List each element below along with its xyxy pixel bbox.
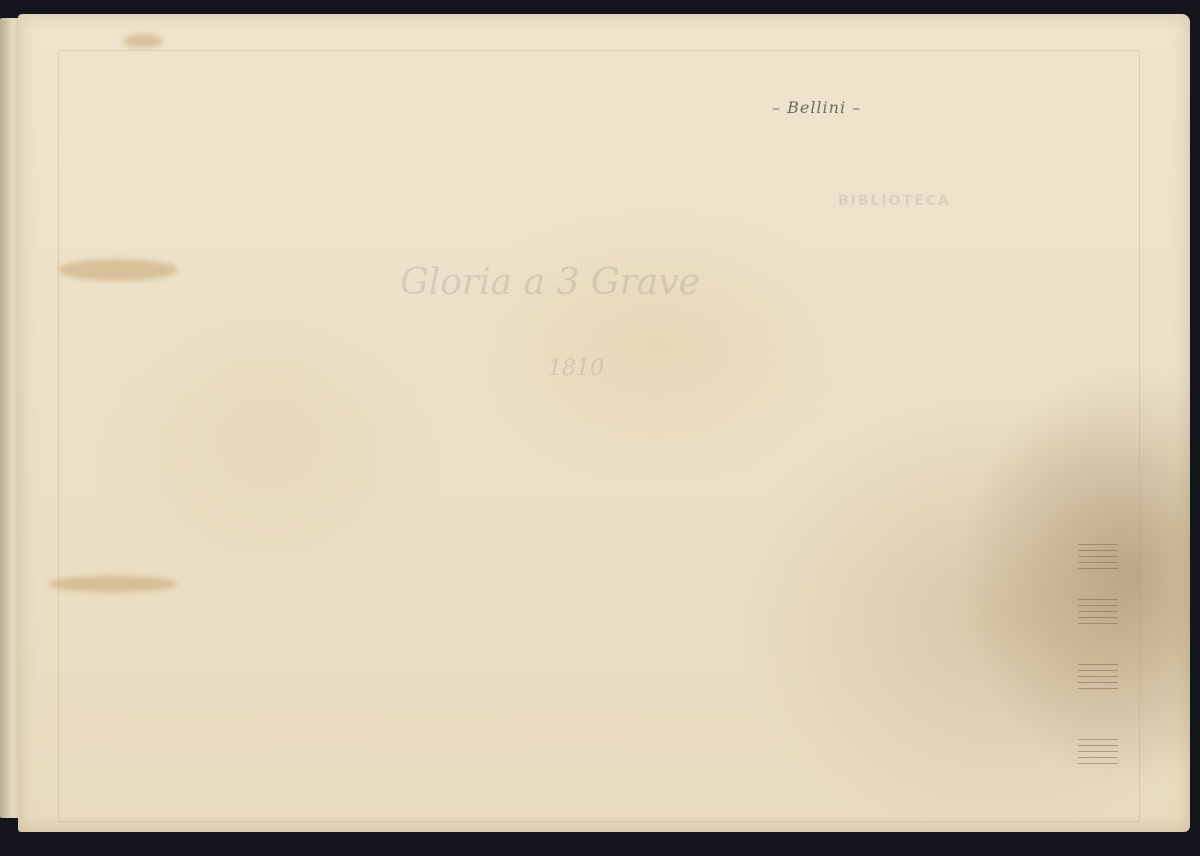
staff-lines-bleed	[1078, 544, 1118, 574]
faint-stamp: BIBLIOTECA	[838, 190, 1008, 260]
bleed-through-title: Gloria a 3 Grave	[400, 262, 700, 303]
staff-lines-bleed	[1078, 599, 1118, 629]
stain-mark	[123, 34, 163, 48]
stain-mark	[58, 259, 178, 281]
manuscript-page	[18, 14, 1190, 832]
staff-lines-bleed	[1078, 664, 1118, 694]
handwritten-annotation: – Bellini –	[772, 98, 861, 117]
page-frame	[58, 50, 1140, 822]
staff-lines-bleed	[1078, 739, 1118, 769]
manuscript-photo: – Bellini – Gloria a 3 Grave 1810 BIBLIO…	[0, 0, 1200, 856]
stain-mark	[48, 576, 178, 592]
bleed-through-year: 1810	[548, 356, 604, 381]
